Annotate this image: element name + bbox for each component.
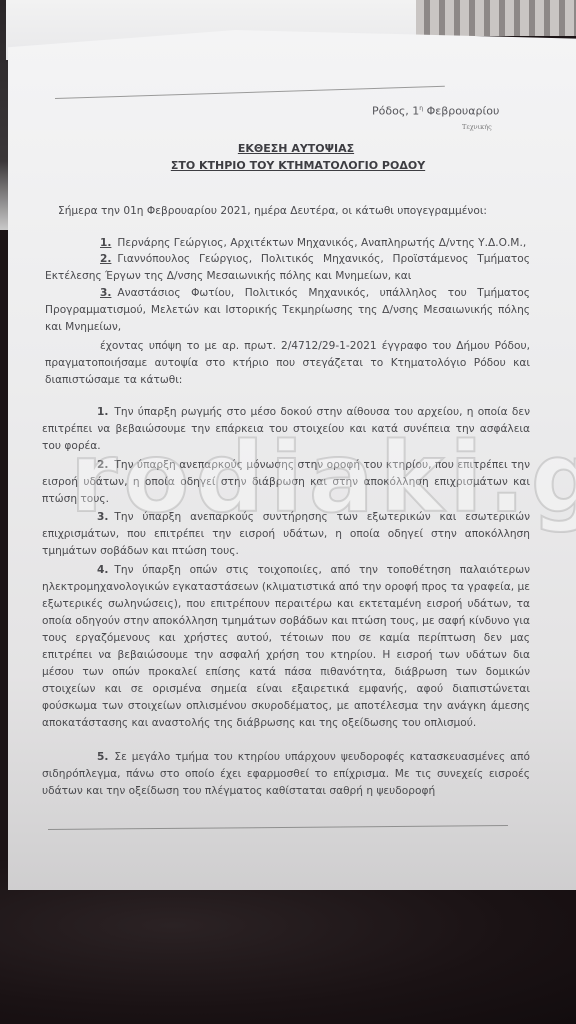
- member-number: 3.: [100, 287, 111, 299]
- finding-item: 1.Την ύπαρξη ρωγμής στο μέσο δοκού στην …: [42, 404, 530, 455]
- document-subtitle: ΣΤΟ ΚΤΗΡΙΟ ΤΟΥ ΚΤΗΜΑΤΟΛΟΓΙΟ ΡΟΔΟΥ: [10, 157, 576, 174]
- finding-item: 3.Την ύπαρξη ανεπαρκούς συντήρησης των ε…: [42, 509, 530, 560]
- member-item: 2.Γιαννόπουλος Γεώργιος, Πολιτικός Μηχαν…: [45, 251, 530, 285]
- member-item: 1.Περνάρης Γεώργιος, Αρχιτέκτων Μηχανικό…: [45, 235, 530, 252]
- member-item: 3.Αναστάσιος Φωτίου, Πολιτικός Μηχανικός…: [45, 285, 530, 336]
- document-title: ΕΚΘΕΣΗ ΑΥΤΟΨΙΑΣ: [8, 140, 576, 157]
- finding-number: 1.: [97, 406, 108, 418]
- context-paragraph: έχοντας υπόψη το με αρ. πρωτ. 2/4712/29-…: [45, 338, 530, 389]
- finding-text: Σε μεγάλο τμήμα του κτηρίου υπάρχουν ψευ…: [42, 751, 530, 797]
- member-text: Γιαννόπουλος Γεώργιος, Πολιτικός Μηχανικ…: [45, 253, 530, 282]
- member-text: Αναστάσιος Φωτίου, Πολιτικός Μηχανικός, …: [45, 287, 530, 333]
- finding-number: 2.: [97, 459, 108, 471]
- finding-text: Την ύπαρξη οπών στις τοιχοποιίες, από τη…: [42, 564, 530, 729]
- member-number: 1.: [100, 237, 111, 249]
- finding-item: 5.Σε μεγάλο τμήμα του κτηρίου υπάρχουν ψ…: [42, 749, 530, 800]
- finding-text: Την ύπαρξη ανεπαρκούς συντήρησης των εξω…: [42, 511, 530, 557]
- intro-paragraph: Σήμερα την 01η Φεβρουαρίου 2021, ημέρα Δ…: [58, 203, 543, 220]
- place-date: Ρόδος, 1η Φεβρουαρίου: [372, 100, 499, 120]
- margin-note: Τεχνικής: [462, 119, 492, 136]
- member-number: 2.: [100, 253, 111, 265]
- finding-number: 3.: [97, 511, 108, 523]
- finding-number: 4.: [97, 564, 108, 576]
- finding-item: 4.Την ύπαρξη οπών στις τοιχοποιίες, από …: [42, 562, 530, 732]
- document-body: Ρόδος, 1η Φεβρουαρίου Τεχνικής ΕΚΘΕΣΗ ΑΥ…: [0, 0, 576, 860]
- finding-text: Την ύπαρξη ανεπαρκούς μόνωσης στην οροφή…: [42, 459, 530, 505]
- place-date-text: Ρόδος, 1: [372, 105, 419, 118]
- finding-number: 5.: [97, 751, 108, 763]
- member-text: Περνάρης Γεώργιος, Αρχιτέκτων Μηχανικός,…: [117, 237, 526, 249]
- finding-text: Την ύπαρξη ρωγμής στο μέσο δοκού στην αί…: [42, 406, 530, 452]
- finding-item: 2.Την ύπαρξη ανεπαρκούς μόνωσης στην ορο…: [42, 457, 530, 508]
- date-month: Φεβρουαρίου: [423, 105, 499, 118]
